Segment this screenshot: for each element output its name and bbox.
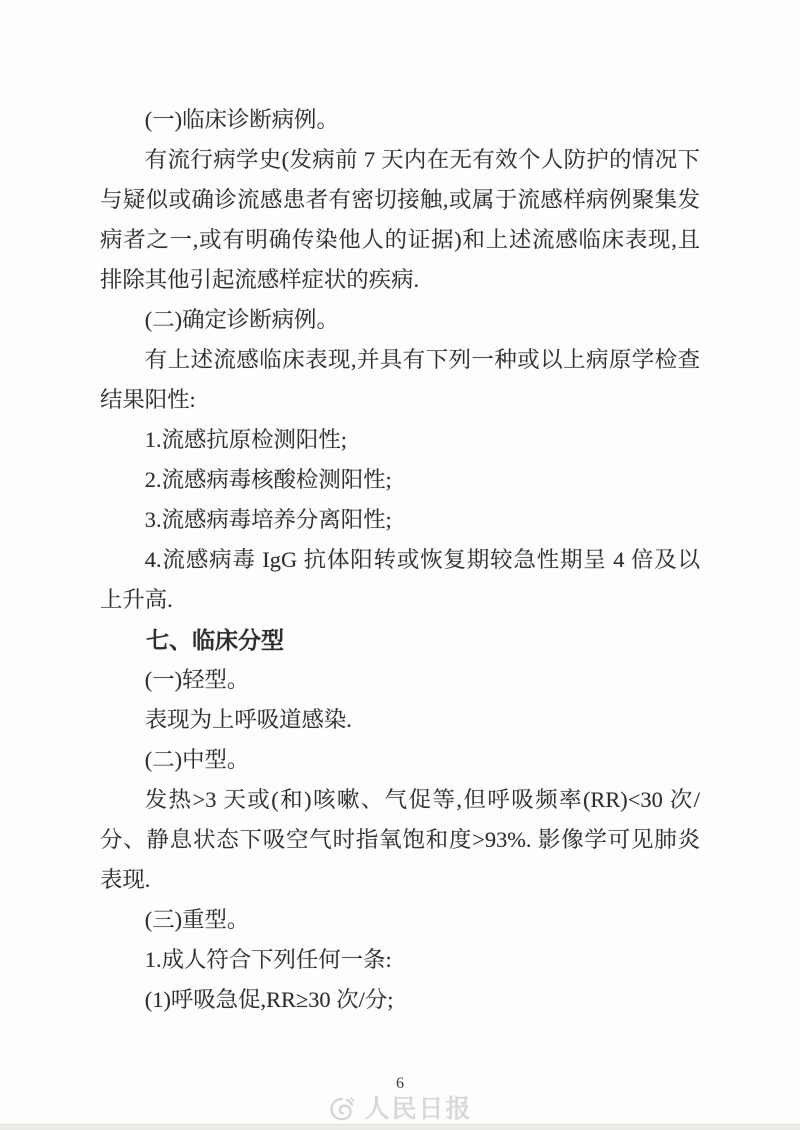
para-moderate-description: 发热>3 天或(和)咳嗽、气促等,但呼吸频率(RR)<30 次/分、静息状态下吸… [100, 780, 700, 900]
para-igg-antibody: 4.流感病毒 IgG 抗体阳转或恢复期较急性期呈 4 倍及以上升高. [100, 540, 700, 620]
list-item-respiratory-rate: (1)呼吸急促,RR≥30 次/分; [100, 980, 700, 1020]
page-number: 6 [0, 1074, 800, 1094]
document-page: (一)临床诊断病例。 有流行病学史(发病前 7 天内在无有效个人防护的情况下与疑… [0, 0, 800, 1130]
document-body: (一)临床诊断病例。 有流行病学史(发病前 7 天内在无有效个人防护的情况下与疑… [100, 100, 700, 1020]
scan-bottom-edge [0, 1124, 800, 1130]
list-item-nucleic-acid-positive: 2.流感病毒核酸检测阳性; [100, 460, 700, 500]
watermark: 人民日报 [0, 1092, 800, 1126]
people-daily-logo-icon [327, 1094, 357, 1124]
subhead-moderate-type: (二)中型。 [100, 740, 700, 780]
list-item-culture-positive: 3.流感病毒培养分离阳性; [100, 500, 700, 540]
watermark-text: 人民日报 [364, 1094, 472, 1124]
subhead-confirmed-case: (二)确定诊断病例。 [100, 300, 700, 340]
list-item-antigen-positive: 1.流感抗原检测阳性; [100, 420, 700, 460]
heading-clinical-classification: 七、临床分型 [100, 620, 700, 660]
para-adult-criteria-intro: 1.成人符合下列任何一条: [100, 940, 700, 980]
para-pathogen-test-intro: 有上述流感临床表现,并具有下列一种或以上病原学检查结果阳性: [100, 340, 700, 420]
para-epidemiological-history: 有流行病学史(发病前 7 天内在无有效个人防护的情况下与疑似或确诊流感患者有密切… [100, 140, 700, 300]
subhead-mild-type: (一)轻型。 [100, 660, 700, 700]
subhead-clinical-diagnosed-case: (一)临床诊断病例。 [100, 100, 700, 140]
subhead-severe-type: (三)重型。 [100, 900, 700, 940]
para-mild-description: 表现为上呼吸道感染. [100, 700, 700, 740]
